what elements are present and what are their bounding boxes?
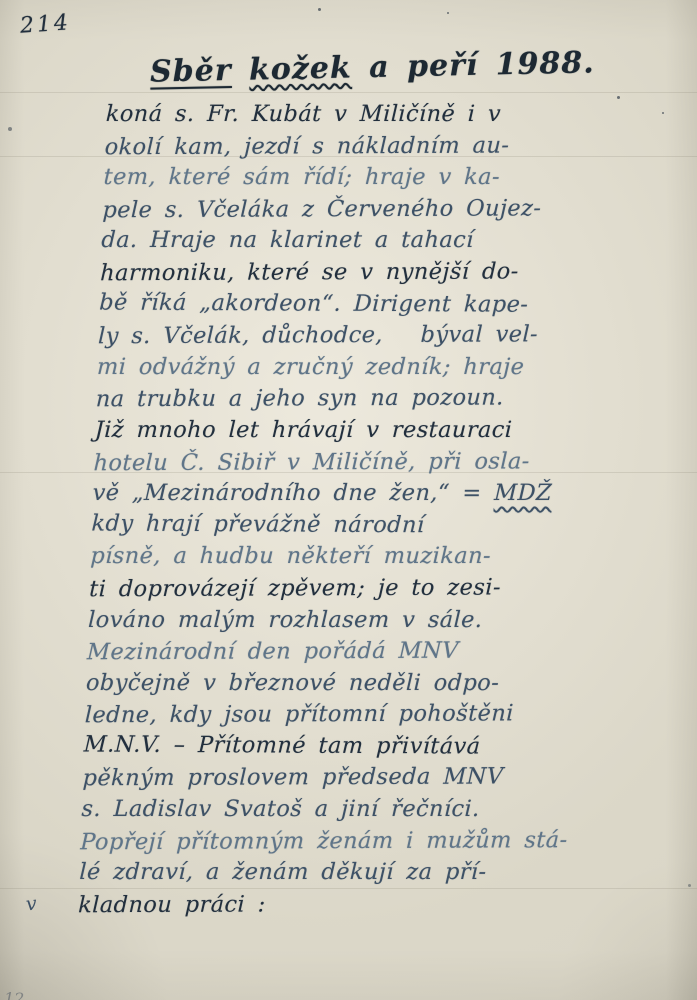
- ink-speckle: [617, 96, 620, 99]
- handwritten-line: hotelu Č. Sibiř v Miličíně, při osla-: [93, 445, 676, 479]
- handwritten-line: pěkným proslovem předseda MNV: [82, 761, 665, 795]
- line-text: lováno malým rozhlasem v sále.: [88, 607, 483, 633]
- line-text: pele s. Včeláka z Červeného Oujez-: [102, 195, 542, 223]
- ink-speckle: [662, 112, 664, 114]
- handwritten-line: okolí kam, jezdí s nákladním au-: [104, 129, 687, 163]
- abbreviation-wavy-underlined: MDŽ: [494, 480, 553, 506]
- paper-crease: [0, 92, 697, 93]
- handwritten-line: obyčejně v březnové neděli odpo-: [85, 668, 668, 700]
- handwritten-line: Již mnoho let hrávají v restauraci: [94, 415, 677, 447]
- handwritten-line: vě „Mezinárodního dne žen,“ = MDŽ: [92, 478, 675, 510]
- title-rest: a peří 1988.: [351, 45, 595, 85]
- line-text: bě říká „akordeon“. Dirigent kape-: [99, 289, 529, 317]
- handwritten-line: na trubku a jeho syn na pozoun.: [95, 382, 678, 416]
- title-word-underlined: Sběr: [150, 53, 232, 90]
- handwritten-line: Popřejí přítomným ženám i mužům stá-: [80, 824, 663, 858]
- bottom-edge-mark: 12: [4, 989, 24, 1000]
- handwritten-line: ti doprovázejí zpěvem; je to zesi-: [89, 572, 672, 606]
- line-text: da. Hraje na klarinet a tahací: [101, 227, 474, 253]
- line-text: tem, které sám řídí; hraje v ka-: [103, 164, 500, 190]
- handwritten-line: koná s. Fr. Kubát v Miličíně i v: [105, 99, 688, 131]
- handwritten-line: s. Ladislav Svatoš a jiní řečníci.: [81, 794, 664, 826]
- line-text: vě „Mezinárodního dne žen,“ =: [92, 480, 494, 506]
- line-text: s. Ladislav Svatoš a jiní řečníci.: [81, 796, 480, 822]
- handwritten-line: písně, a hudbu někteří muzikan-: [90, 541, 673, 573]
- line-text: okolí kam, jezdí s nákladním au-: [104, 132, 509, 160]
- line-text: mi odvážný a zručný zedník; hraje: [97, 354, 525, 380]
- line-text: kdy hrají převážně národní: [91, 510, 425, 538]
- line-text: harmoniku, které se v nynější do-: [100, 258, 519, 286]
- line-text: ly s. Včelák, důchodce, býval vel-: [98, 322, 539, 350]
- page-number: 214: [19, 10, 72, 38]
- handwritten-line: kladnou práci :: [78, 888, 661, 922]
- line-text: lé zdraví, a ženám děkují za pří-: [79, 859, 487, 885]
- handwritten-line: M.N.V. – Přítomné tam přivítává: [83, 729, 666, 764]
- handwritten-line: lováno malým rozhlasem v sále.: [88, 605, 671, 637]
- line-text: hotelu Č. Sibiř v Miličíně, při osla-: [93, 448, 530, 476]
- handwritten-line: ly s. Včelák, důchodce, býval vel-: [98, 319, 681, 353]
- line-text: M.N.V. – Přítomné tam přivítává: [83, 731, 481, 759]
- ink-speckle: [447, 12, 449, 14]
- handwritten-line: pele s. Včeláka z Červeného Oujez-: [102, 193, 685, 227]
- line-text: na trubku a jeho syn na pozoun.: [95, 385, 504, 413]
- title-word-wavy-underlined: kožek: [249, 50, 352, 87]
- chronicle-page: 214 Sběr kožek a peří 1988. koná s. Fr. …: [0, 0, 697, 1000]
- ink-speckle: [318, 8, 321, 11]
- ink-speckle: [688, 884, 691, 887]
- line-text: Mezinárodní den pořádá MNV: [87, 638, 460, 666]
- line-text: pěkným proslovem předseda MNV: [82, 764, 504, 792]
- handwritten-line: Mezinárodní den pořádá MNV: [87, 635, 670, 669]
- line-text: Popřejí přítomným ženám i mužům stá-: [80, 827, 568, 855]
- handwritten-line: bě říká „akordeon“. Dirigent kape-: [99, 287, 682, 322]
- handwritten-line: tem, které sám řídí; hraje v ka-: [103, 162, 686, 194]
- line-text: písně, a hudbu někteří muzikan-: [90, 543, 491, 569]
- line-text: obyčejně v březnové neděli odpo-: [86, 670, 500, 696]
- line-text: koná s. Fr. Kubát v Miličíně i v: [105, 101, 501, 127]
- handwritten-body: koná s. Fr. Kubát v Miličíně i vokolí ka…: [78, 99, 689, 920]
- handwritten-line: lé zdraví, a ženám děkují za pří-: [79, 857, 662, 889]
- ink-speckle: [8, 127, 12, 131]
- line-text: ledne, kdy jsou přítomní pohoštěni: [84, 701, 514, 729]
- line-text: ti doprovázejí zpěvem; je to zesi-: [89, 574, 501, 602]
- handwritten-line: harmoniku, které se v nynější do-: [100, 256, 683, 290]
- handwritten-line: kdy hrají převážně národní: [91, 508, 674, 543]
- page-title: Sběr kožek a peří 1988.: [150, 45, 595, 89]
- line-text: kladnou práci :: [78, 891, 266, 918]
- handwritten-line: ledne, kdy jsou přítomní pohoštěni: [84, 698, 667, 732]
- margin-check-mark: v: [25, 892, 38, 915]
- handwritten-line: mi odvážný a zručný zedník; hraje: [96, 352, 679, 384]
- handwritten-line: da. Hraje na klarinet a tahací: [101, 225, 684, 257]
- line-text: Již mnoho let hrávají v restauraci: [94, 417, 513, 443]
